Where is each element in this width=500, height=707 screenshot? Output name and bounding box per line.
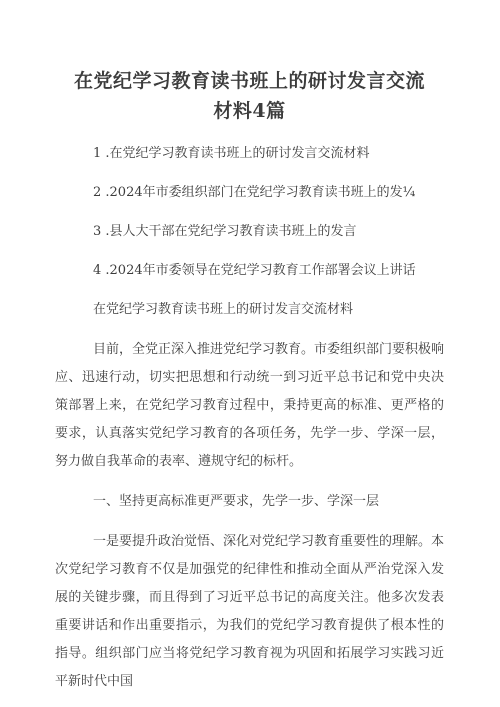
document-title: 在党纪学习教育读书班上的研讨发言交流材料4篇 [74, 66, 426, 126]
section-title: 在党纪学习教育读书班上的研讨发言交流材料 [55, 296, 444, 324]
paragraph-intro: 目前，全党正深入推进党纪学习教育。市委组织部门要积极响应、迅速行动，切实把思想和… [55, 336, 444, 476]
toc-item-3: 3 .县人大干部在党纪学习教育读书班上的发言 [55, 218, 444, 246]
paragraph-body: 一是要提升政治觉悟、深化对党纪学习教育重要性的理解。本次党纪学习教育不仅是加强党… [55, 528, 444, 696]
toc-item-2: 2 .2024年市委组织部门在党纪学习教育读书班上的发¼ [55, 179, 444, 207]
toc-item-1: 1 .在党纪学习教育读书班上的研讨发言交流材料 [55, 140, 444, 168]
section-heading-1: 一、坚持更高标准更严要求，先学一步、学深一层 [55, 488, 444, 516]
toc-item-4: 4 .2024年市委领导在党纪学习教育工作部署会议上讲话 [55, 257, 444, 285]
document-page: 在党纪学习教育读书班上的研讨发言交流材料4篇 1 .在党纪学习教育读书班上的研讨… [0, 0, 500, 707]
